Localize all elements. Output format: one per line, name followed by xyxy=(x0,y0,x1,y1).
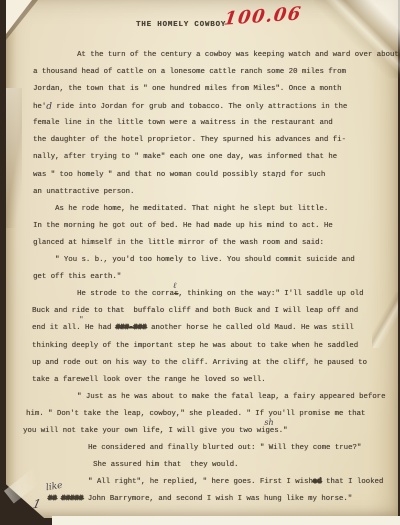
right-edge-wrinkle xyxy=(372,292,398,348)
top-left-fold xyxy=(6,0,32,34)
typed-line: the daughter of the hotel proprietor. Th… xyxy=(33,135,346,145)
typed-line: In the morning he got out of bed. He had… xyxy=(33,221,333,231)
left-edge-wrinkle xyxy=(6,88,22,228)
typed-line: glanced at himself in the little mirror … xyxy=(33,238,324,248)
typed-line: nally, after trying to " make" each one … xyxy=(33,152,337,162)
typed-line: take a farewell look over the range he l… xyxy=(32,375,266,385)
typed-text: glanced at himself in the little mirror … xyxy=(33,239,324,247)
typed-text: end it all. xyxy=(32,324,80,332)
typed-line: As he rode home, he meditated. That nigh… xyxy=(55,204,328,214)
typed-text: " All right", he replied, " here goes. F… xyxy=(88,478,313,486)
handwritten-correction: ℓ xyxy=(173,281,176,291)
typed-text: He considered and finally blurted out: "… xyxy=(88,444,361,452)
typed-line: an unattractive person. xyxy=(33,187,134,197)
handwritten-correction: " xyxy=(79,315,83,325)
typed-text: an unattractive person. xyxy=(33,188,134,196)
typed-text: ride into Jordan for grub and tobacco. T… xyxy=(52,103,347,111)
typed-text: was " too homely " and that no woman cou… xyxy=(33,171,275,179)
typed-text: that I looked xyxy=(322,478,384,486)
typed-text: the daughter of the hotel proprietor. Th… xyxy=(33,136,346,144)
typed-text: another horse he called old Maud. He was… xyxy=(147,324,354,332)
scanned-document-page: THE HOMELY COWBOY 100.06 At the turn of … xyxy=(0,0,400,525)
overtyped-blot-text: ed xyxy=(313,478,322,486)
typed-text: As he rode home, he meditated. That nigh… xyxy=(55,205,328,213)
typed-text: you will not take your own life, I will … xyxy=(23,427,265,435)
corrected-word: gessh xyxy=(265,427,278,435)
overtyped-blot-text: ###-### xyxy=(116,324,147,332)
struck-out-text: s xyxy=(174,290,178,298)
typed-line: She assured him that they would. xyxy=(93,460,238,470)
overtyped-blot-text: ## xyxy=(48,495,57,503)
typed-line: " All right", he replied, " here goes. F… xyxy=(88,477,383,487)
typed-line: was " too homely " and that no woman cou… xyxy=(33,169,325,180)
typed-line: up and rode out on his way to the cliff.… xyxy=(32,358,367,368)
overtyped-blot-text: ##### xyxy=(61,495,83,503)
typed-text: Jordan, the town that is " one hundred m… xyxy=(33,85,342,93)
typed-text: " You s. b., you'd too homely to live. Y… xyxy=(55,256,355,264)
typed-text: he' xyxy=(33,103,46,111)
typed-text: him. " Don't take the leap, cowboy," she… xyxy=(26,410,365,418)
handwritten-correction: sh xyxy=(264,418,273,428)
typed-text: ." xyxy=(279,427,288,435)
typed-text: He had xyxy=(80,324,115,332)
handwritten-correction: n xyxy=(275,170,281,180)
typed-text: nally, after trying to " make" each one … xyxy=(33,153,337,161)
handwritten-correction: d xyxy=(46,102,52,112)
document-title: THE HOMELY COWBOY xyxy=(136,21,226,29)
typed-text: ges xyxy=(265,427,278,435)
typed-text: thinking deeply of the important step he… xyxy=(32,342,358,350)
typed-line: a thousand head of cattle on a lonesome … xyxy=(33,67,346,77)
typed-text: " Just as he was about to make the fatal… xyxy=(77,393,386,401)
typed-text: up and rode out on his way to the cliff.… xyxy=(32,359,367,367)
typed-line: At the turn of the century a cowboy was … xyxy=(77,50,399,60)
typed-line: end it all." He had ###-### another hors… xyxy=(32,323,354,333)
typed-line: ## ##### John Barrymore, and second I wi… xyxy=(48,494,352,504)
typed-line: He considered and finally blurted out: "… xyxy=(88,443,361,453)
typed-line: Jordan, the town that is " one hundred m… xyxy=(33,84,342,94)
corrected-word: sℓ xyxy=(174,290,178,298)
typed-text: a thousand head of cattle on a lonesome … xyxy=(33,68,346,76)
typed-text: get off this earth." xyxy=(33,273,121,281)
typed-line: he'd ride into Jordan for grub and tobac… xyxy=(33,101,347,112)
typed-line: " Just as he was about to make the fatal… xyxy=(77,392,386,402)
typed-text: He strode to the corra xyxy=(77,290,174,298)
bottom-backing-sheet xyxy=(52,516,400,525)
typed-text: , thinking on the way:" I'll saddle up o… xyxy=(178,290,363,298)
typed-text: At the turn of the century a cowboy was … xyxy=(77,51,399,59)
typed-line: get off this earth." xyxy=(33,272,121,282)
typed-text: In the morning he got out of bed. He had… xyxy=(33,222,333,230)
typed-text: female line in the little town were a wa… xyxy=(33,119,333,127)
typed-text: She assured him that they would. xyxy=(93,461,238,469)
typed-line: female line in the little town were a wa… xyxy=(33,118,333,128)
typed-text: Buck and ride to that buffalo cliff and … xyxy=(32,307,358,315)
typed-line: you will not take your own life, I will … xyxy=(23,426,287,436)
typed-line: " You s. b., you'd too homely to live. Y… xyxy=(55,255,355,265)
typed-text: take a farewell look over the range he l… xyxy=(32,376,266,384)
typed-text: d for such xyxy=(281,171,325,179)
typed-line: thinking deeply of the important step he… xyxy=(32,341,358,351)
typed-line: him. " Don't take the leap, cowboy," she… xyxy=(26,409,365,419)
typed-text: John Barrymore, and second I wish I was … xyxy=(83,495,352,503)
typed-line: He strode to the corrasℓ, thinking on th… xyxy=(77,289,363,299)
